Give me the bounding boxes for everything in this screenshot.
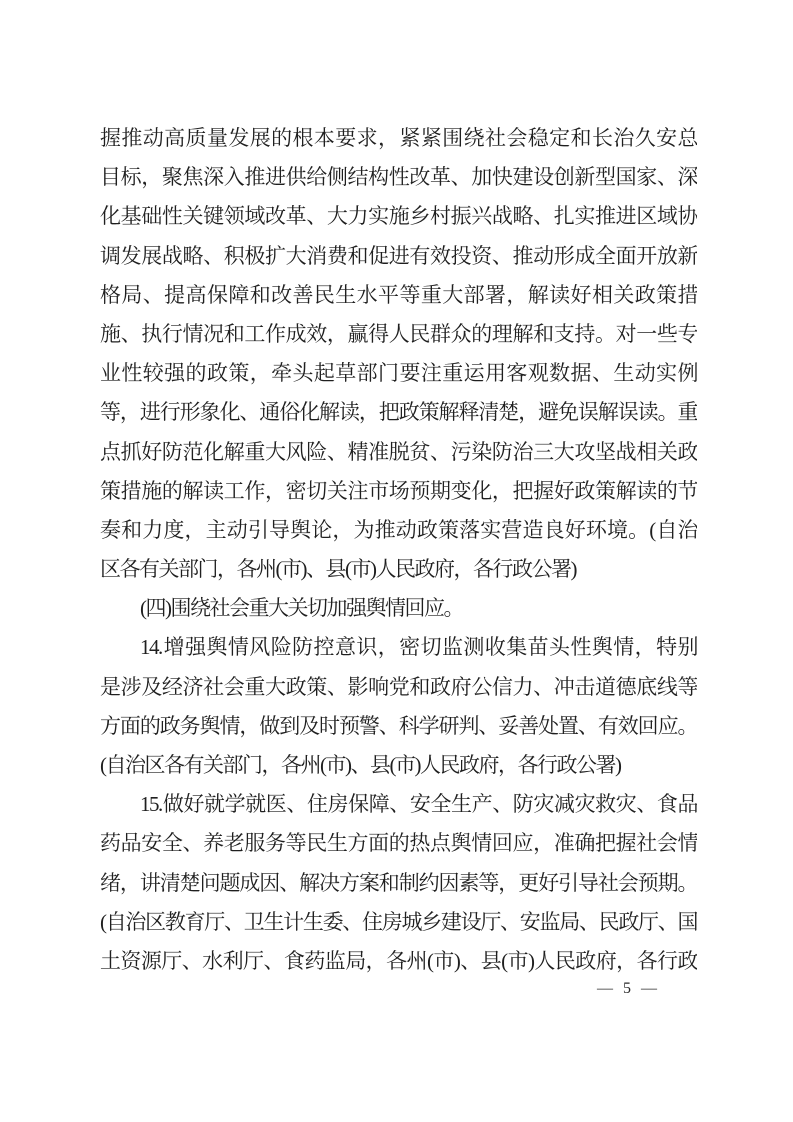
text-line: 化基础性关键领域改革、大力实施乡村振兴战略、扎实推进区域协 (100, 197, 697, 236)
text-line: 策措施的解读工作，密切关注市场预期变化，把握好政策解读的节 (100, 472, 697, 511)
text-line: 业性较强的政策，牵头起草部门要注重运用客观数据、生动实例 (100, 354, 697, 393)
document-page: 握推动高质量发展的根本要求，紧紧围绕社会稳定和长治久安总 目标，聚焦深入推进供给… (0, 0, 793, 1122)
text-line: 土资源厅、水利厅、食药监局，各州(市)、县(市)人民政府，各行政 (100, 942, 697, 981)
text-line: (自治区教育厅、卫生计生委、住房城乡建设厅、安监局、民政厅、国 (100, 903, 697, 942)
text-line: 等，进行形象化、通俗化解读，把政策解释清楚，避免误解误读。重 (100, 393, 697, 432)
text-line: 格局、提高保障和改善民生水平等重大部署，解读好相关政策措 (100, 276, 697, 315)
text-line: (自治区各有关部门，各州(市)、县(市)人民政府，各行政公署) (100, 746, 697, 785)
text-line: 药品安全、养老服务等民生方面的热点舆情回应，准确把握社会情 (100, 824, 697, 863)
text-line: 15.做好就学就医、住房保障、安全生产、防灾减灾救灾、食品 (100, 785, 697, 824)
body-text: 握推动高质量发展的根本要求，紧紧围绕社会稳定和长治久安总 目标，聚焦深入推进供给… (100, 119, 697, 981)
text-line: 方面的政务舆情，做到及时预警、科学研判、妥善处置、有效回应。 (100, 707, 697, 746)
text-line: 点抓好防范化解重大风险、精准脱贫、污染防治三大攻坚战相关政 (100, 433, 697, 472)
text-line: 区各有关部门，各州(市)、县(市)人民政府，各行政公署) (100, 550, 697, 589)
text-line: 目标，聚焦深入推进供给侧结构性改革、加快建设创新型国家、深 (100, 158, 697, 197)
text-line: 是涉及经济社会重大政策、影响党和政府公信力、冲击道德底线等 (100, 668, 697, 707)
page-number: — 5 — (597, 979, 687, 999)
text-line: 14.增强舆情风险防控意识，密切监测收集苗头性舆情，特别 (100, 628, 697, 667)
text-line: 施、执行情况和工作成效，赢得人民群众的理解和支持。对一些专 (100, 315, 697, 354)
text-line: 奏和力度，主动引导舆论，为推动政策落实营造良好环境。(自治 (100, 511, 697, 550)
section-heading: (四)围绕社会重大关切加强舆情回应。 (100, 589, 697, 628)
text-line: 握推动高质量发展的根本要求，紧紧围绕社会稳定和长治久安总 (100, 119, 697, 158)
text-line: 调发展战略、积极扩大消费和促进有效投资、推动形成全面开放新 (100, 237, 697, 276)
text-line: 绪，讲清楚问题成因、解决方案和制约因素等，更好引导社会预期。 (100, 864, 697, 903)
